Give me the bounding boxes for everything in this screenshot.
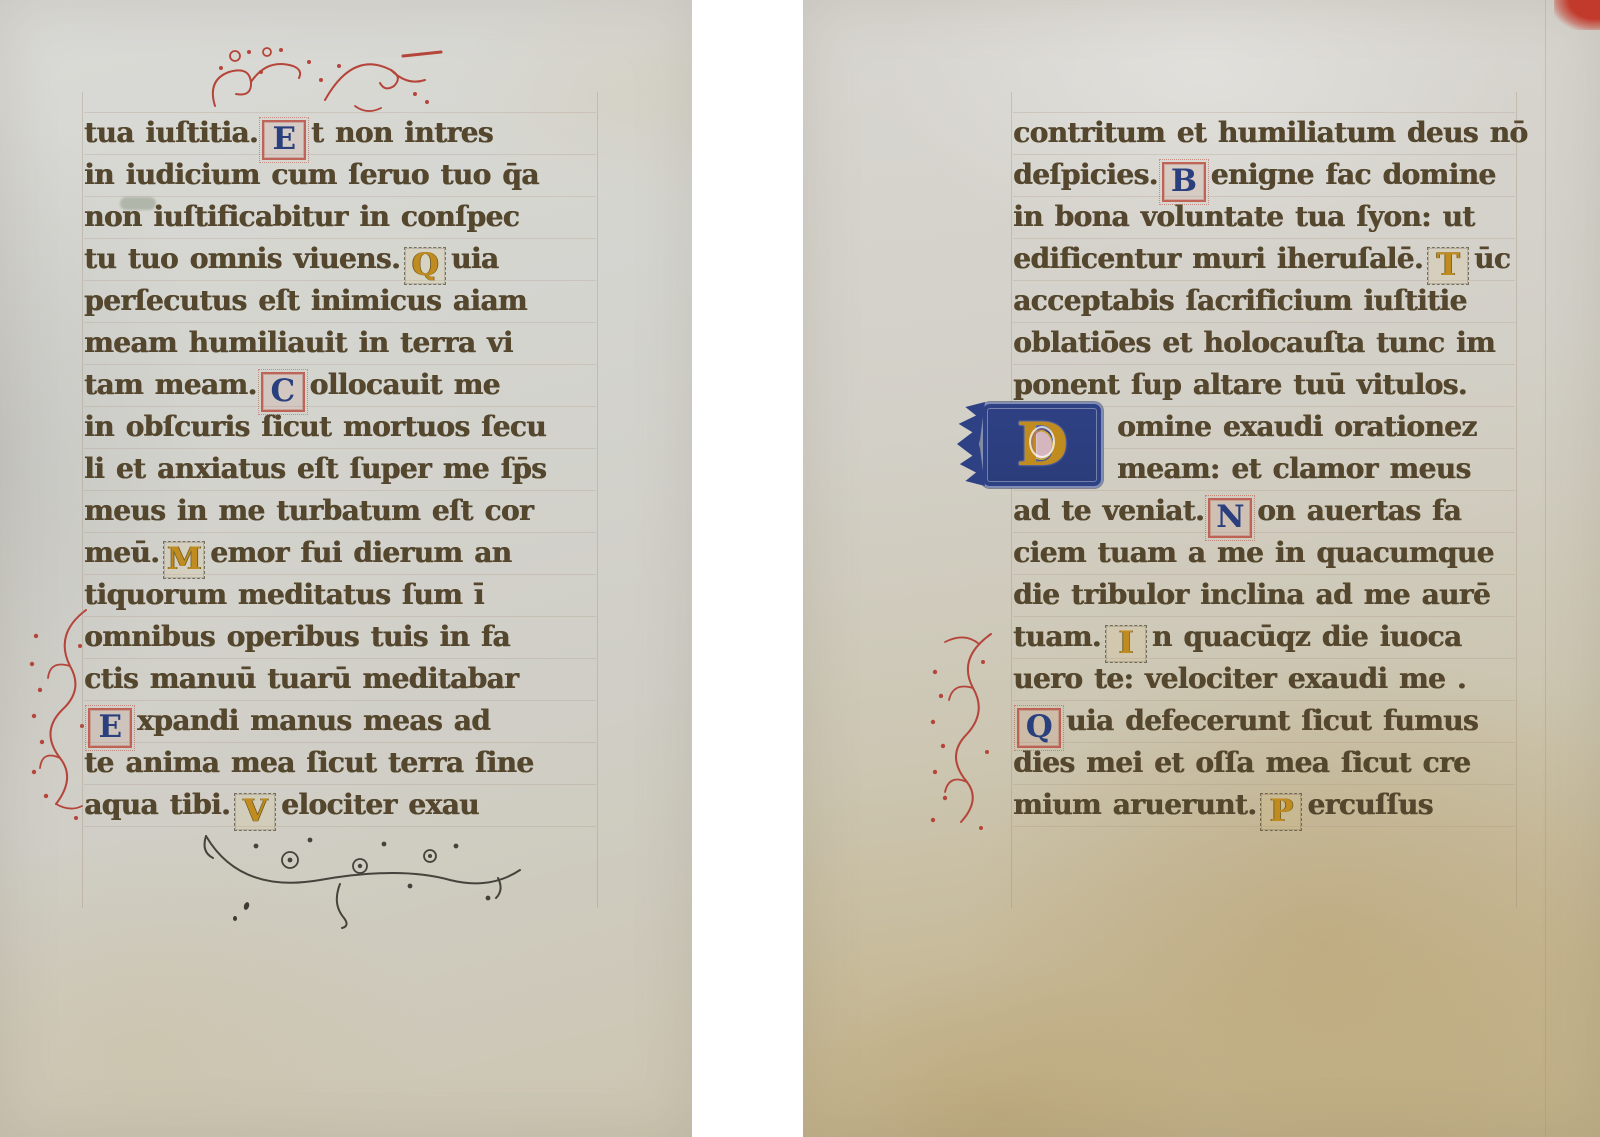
text-line: in iudicium cum ſeruo tuo q̄a xyxy=(84,154,596,196)
illuminated-initial-d: D xyxy=(981,402,1103,488)
manuscript-text: deſpicies. xyxy=(1013,158,1158,191)
manuscript-text: tiquorum meditatus ſum ī xyxy=(84,578,484,611)
manuscript-text: te anima mea ſicut terra ſine xyxy=(84,746,533,779)
text-line: ad te veniat.Non auertas fa xyxy=(1013,490,1515,532)
text-line: in obſcuris ſicut mortuos ſecu xyxy=(84,406,596,448)
manuscript-text: contritum et humiliatum deus nō xyxy=(1013,116,1527,149)
manuscript-text: tam meam. xyxy=(84,368,257,401)
manuscript-text: meus in me turbatum eſt cor xyxy=(84,494,533,527)
text-line: meam humiliauit in terra vi xyxy=(84,322,596,364)
text-line: Quia defecerunt ſicut fumus xyxy=(1013,700,1515,742)
text-line: oblatiōes et holocauſta tunc im xyxy=(1013,322,1515,364)
manuscript-text: in obſcuris ſicut mortuos ſecu xyxy=(84,410,546,443)
text-line: omnibus operibus tuis in fa xyxy=(84,616,596,658)
manuscript-text: n quacūqz die iuoca xyxy=(1152,620,1462,653)
text-line: aqua tibi.Velociter exau xyxy=(84,784,596,826)
text-block: contritum et humiliatum deus nōdeſpicies… xyxy=(1013,112,1515,830)
text-line: contritum et humiliatum deus nō xyxy=(1013,112,1515,154)
text-line: non iuſtificabitur in conſpec xyxy=(84,196,596,238)
manuscript-text: acceptabis ſacrificium iuſtitie xyxy=(1013,284,1467,317)
penwork-flourish-top xyxy=(205,42,445,122)
manuscript-text: in iudicium cum ſeruo tuo q̄a xyxy=(84,158,539,191)
manuscript-text: tua iuſtitia. xyxy=(84,116,258,149)
text-line: uero te: velociter exaudi me . xyxy=(1013,658,1515,700)
manuscript-text: elociter exau xyxy=(281,788,479,821)
red-stain xyxy=(1554,0,1600,30)
text-line: li et anxiatus eſt ſuper me ſp̄s xyxy=(84,448,596,490)
manuscript-text: on auertas fa xyxy=(1257,494,1461,527)
text-line: meus in me turbatum eſt cor xyxy=(84,490,596,532)
text-line: in bona voluntate tua ſyon: ut xyxy=(1013,196,1515,238)
text-line: ciem tuam a me in quacumque xyxy=(1013,532,1515,574)
manuscript-text: oblatiōes et holocauſta tunc im xyxy=(1013,326,1495,359)
manuscript-text: tu tuo omnis viuens. xyxy=(84,242,400,275)
text-line: perſecutus eſt inimicus aiam xyxy=(84,280,596,322)
manuscript-text: in bona voluntate tua ſyon: ut xyxy=(1013,200,1475,233)
text-line: acceptabis ſacrificium iuſtitie xyxy=(1013,280,1515,322)
text-line: Expandi manus meas ad xyxy=(84,700,596,742)
manuscript-text: xpandi manus meas ad xyxy=(137,704,490,737)
text-line: tiquorum meditatus ſum ī xyxy=(84,574,596,616)
manuscript-page-left: tua iuſtitia.Et non intresin iudicium cu… xyxy=(0,0,692,1137)
text-line: ponent ſup altare tuū vitulos. xyxy=(1013,364,1515,406)
manuscript-text: li et anxiatus eſt ſuper me ſp̄s xyxy=(84,452,546,485)
manuscript-text: mium aruerunt. xyxy=(1013,788,1256,821)
manuscript-text: perſecutus eſt inimicus aiam xyxy=(84,284,527,317)
text-block: tua iuſtitia.Et non intresin iudicium cu… xyxy=(84,112,596,830)
text-line: tuam.In quacūqz die iuoca xyxy=(1013,616,1515,658)
manuscript-text: ūc xyxy=(1474,242,1510,275)
manuscript-text: emor fui dierum an xyxy=(210,536,511,569)
manuscript-text: ciem tuam a me in quacumque xyxy=(1013,536,1494,569)
manuscript-text: enigne fac domine xyxy=(1211,158,1496,191)
text-line: te anima mea ſicut terra ſine xyxy=(84,742,596,784)
ink-speck xyxy=(233,916,237,921)
text-line: tua iuſtitia.Et non intres xyxy=(84,112,596,154)
manuscript-text: t non intres xyxy=(311,116,493,149)
manuscript-text: uero te: velociter exaudi me . xyxy=(1013,662,1466,695)
text-line: die tribulor inclina ad me aurē xyxy=(1013,574,1515,616)
text-line: tu tuo omnis viuens.Quia xyxy=(84,238,596,280)
manuscript-text: die tribulor inclina ad me aurē xyxy=(1013,578,1490,611)
manuscript-page-right: contritum et humiliatum deus nōdeſpicies… xyxy=(803,0,1600,1137)
manuscript-text: omnibus operibus tuis in fa xyxy=(84,620,510,653)
text-line: mium aruerunt.Percuſſus xyxy=(1013,784,1515,826)
manuscript-text: omine exaudi orationez xyxy=(1117,410,1477,443)
penwork-flourish-bottom xyxy=(198,828,532,928)
manuscript-text: dies mei et oſſa mea ſicut cre xyxy=(1013,746,1470,779)
text-line: tam meam.Collocauit me xyxy=(84,364,596,406)
manuscript-text: ercuſſus xyxy=(1307,788,1432,821)
text-line: ctis manuū tuarū meditabar xyxy=(84,658,596,700)
manuscript-text: meū. xyxy=(84,536,159,569)
manuscript-text: meam humiliauit in terra vi xyxy=(84,326,513,359)
manuscript-text: ollocauit me xyxy=(310,368,500,401)
text-line: Domine exaudi orationez xyxy=(1013,406,1515,448)
illuminated-initial-v: V xyxy=(234,793,276,831)
illuminated-initial-p: P xyxy=(1260,793,1302,831)
penwork-flourish-left-margin xyxy=(925,628,1005,833)
manuscript-text: aqua tibi. xyxy=(84,788,230,821)
manuscript-text: tuam. xyxy=(1013,620,1101,653)
text-line: meū.Memor fui dierum an xyxy=(84,532,596,574)
text-line: dies mei et oſſa mea ſicut cre xyxy=(1013,742,1515,784)
manuscript-text: edificentur muri iheruſalē. xyxy=(1013,242,1423,275)
manuscript-text: ponent ſup altare tuū vitulos. xyxy=(1013,368,1467,401)
manuscript-text: ad te veniat. xyxy=(1013,494,1204,527)
manuscript-text: uia xyxy=(451,242,498,275)
manuscript-text: ctis manuū tuarū meditabar xyxy=(84,662,518,695)
margin-ruling-line xyxy=(1545,0,1546,1137)
manuscript-text: meam: et clamor meus xyxy=(1117,452,1471,485)
manuscript-text: uia defecerunt ſicut fumus xyxy=(1066,704,1478,737)
text-line: deſpicies.Benigne fac domine xyxy=(1013,154,1515,196)
manuscript-text: non iuſtificabitur in conſpec xyxy=(84,200,519,233)
text-line: edificentur muri iheruſalē.Tūc xyxy=(1013,238,1515,280)
